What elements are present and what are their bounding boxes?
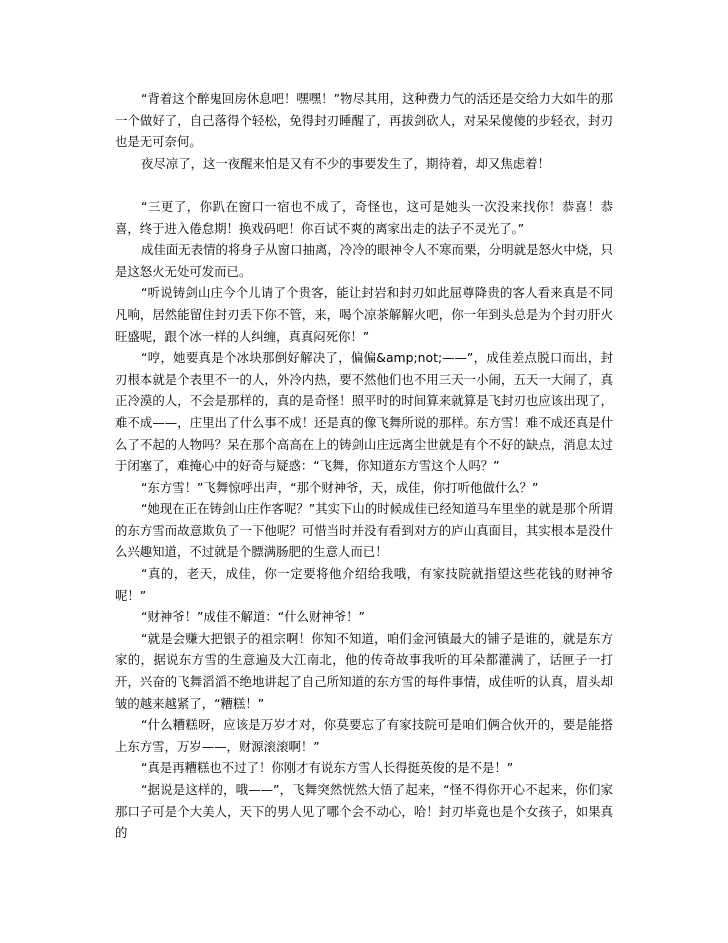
- paragraph: “真的，老天，成佳，你一定要将他介绍给我哦，有家技院就指望这些花钱的财神爷呢！”: [115, 563, 613, 606]
- paragraph: “财神爷！”成佳不解道：“什么财神爷！”: [115, 606, 613, 628]
- document-page: “背着这个醉鬼回房休息吧！嘿嘿！”物尽其用，这种费力气的活还是交给力大如牛的那一…: [115, 88, 613, 844]
- paragraph: “三更了，你趴在窗口一宿也不成了，奇怪也，这可是她头一次没来找你！恭喜！恭喜，终…: [115, 196, 613, 239]
- paragraph: 夜尽凉了，这一夜醒来怕是又有不少的事要发生了，期待着，却又焦虑着！: [115, 153, 613, 175]
- paragraph: “东方雪！”飞舞惊呼出声，“那个财神爷，天，成佳，你打听他做什么？”: [115, 477, 613, 499]
- paragraph: “就是会赚大把银子的祖宗啊！你知不知道，咱们金河镇最大的铺子是谁的，就是东方家的…: [115, 628, 613, 714]
- paragraph: “她现在正在铸剑山庄作客呢？”其实下山的时候成佳已经知道马车里坐的就是那个所谓的…: [115, 498, 613, 563]
- paragraph: 成佳面无表情的将身子从窗口抽离，冷冷的眼神令人不寒而栗，分明就是怒火中烧，只是这…: [115, 239, 613, 282]
- paragraph: “听说铸剑山庄今个儿请了个贵客，能让封岩和封刃如此屈尊降贵的客人看来真是不同凡响…: [115, 282, 613, 347]
- paragraph: “哼，她要真是个冰块那倒好解决了，偏偏&amp;not;——”，成佳差点脱口而出…: [115, 347, 613, 477]
- paragraph: “什么糟糕呀，应该是万岁才对，你莫要忘了有家技院可是咱们俩合伙开的，要是能搭上东…: [115, 714, 613, 757]
- paragraph: “据说是这样的，哦——”，飞舞突然恍然大悟了起来，“怪不得你开心不起来，你们家那…: [115, 779, 613, 844]
- paragraph: “背着这个醉鬼回房休息吧！嘿嘿！”物尽其用，这种费力气的活还是交给力大如牛的那一…: [115, 88, 613, 153]
- paragraph: “真是再糟糕也不过了！你刚才有说东方雪人长得挺英俊的是不是！”: [115, 757, 613, 779]
- blank-line: [115, 174, 613, 196]
